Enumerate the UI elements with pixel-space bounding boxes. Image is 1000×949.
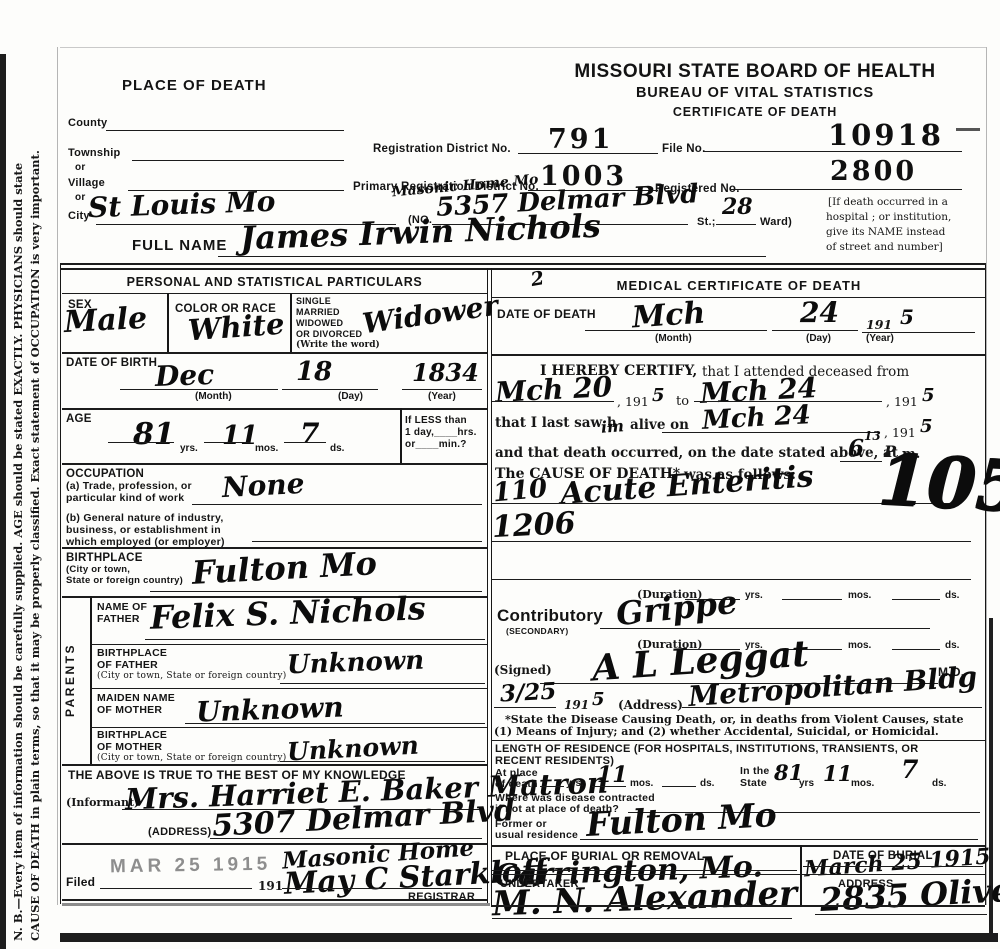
duration1-ds: ds.: [945, 591, 959, 602]
dod-day-caption: (Day): [806, 334, 831, 345]
last-saw-line: [662, 432, 880, 433]
at-place-line-b: [592, 786, 626, 787]
age-days-handwriting: 7: [300, 419, 319, 448]
file-no-value: 10918: [828, 120, 944, 150]
father-name-handwriting: Felix S. Nichols: [149, 592, 426, 635]
row-border-8: [90, 727, 487, 728]
filed-year-prefix: 191: [258, 880, 283, 893]
marital-label-line3: WIDOWED: [296, 319, 343, 328]
marital-handwriting: Widower: [361, 291, 500, 339]
burial-place-line: [492, 870, 797, 871]
margin-note-line2: CAUSE OF DEATH in plain terms, so that i…: [27, 57, 44, 941]
at-place-mos-handwriting: 11: [597, 764, 628, 787]
registrar-label: REGISTRAR: [408, 892, 475, 904]
dob-label: DATE OF BIRTH: [66, 357, 157, 369]
in-the-label: In the: [740, 766, 770, 777]
occupation-a-line1: (a) Trade, profession, or: [66, 481, 192, 492]
registration-district-value: 791: [548, 126, 613, 154]
separator-double-top: [60, 263, 986, 265]
footnote-line1: *State the Disease Causing Death, or, in…: [505, 714, 964, 726]
dob-day-handwriting: 18: [296, 359, 332, 386]
duration2-ds: ds.: [945, 641, 959, 652]
birthplace-caption1: (City or town,: [66, 565, 130, 575]
contributory-label: Contributory: [497, 607, 603, 625]
father-name-label-line1: NAME OF: [97, 602, 147, 613]
age-ds-line: [284, 442, 326, 443]
father-birthplace-handwriting: Unknown: [287, 648, 425, 680]
scanned-death-certificate: N. B.—Every item of information should b…: [0, 0, 1000, 949]
or-label-2: or: [75, 193, 86, 204]
or-label-1: or: [75, 163, 86, 174]
ward-handwriting: 28: [722, 196, 753, 219]
father-name-label-line2: FATHER: [97, 614, 140, 625]
mother-birthplace-label-line2: OF MOTHER: [97, 742, 162, 753]
parents-divider: [90, 596, 92, 764]
attended-from-handwriting: Mch 20: [494, 372, 613, 407]
place-of-death-label: PLACE OF DEATH: [122, 78, 267, 94]
undertaker-handwriting: M. N. Alexander: [491, 877, 797, 923]
age-subcell-divider: [400, 408, 402, 463]
row-border-7: [90, 688, 487, 689]
mother-name-label-line2: OF MOTHER: [97, 705, 162, 716]
age-years-handwriting: 81: [133, 419, 175, 451]
hospital-note-line3: give its NAME instead: [826, 227, 945, 238]
contributory-line: [600, 628, 930, 629]
occupation-b-line2: business, or establishment in: [66, 525, 221, 536]
signed-year-handwriting: 5: [592, 691, 605, 710]
signed-date-handwriting: 3/25: [499, 680, 557, 707]
footnote-line2: (1) Means of Injury; and (2) whether Acc…: [494, 726, 939, 738]
father-birthplace-label-line2: OF FATHER: [97, 660, 158, 671]
registered-no-line: [730, 189, 962, 190]
row-border-3: [62, 463, 487, 465]
dob-day-line: [282, 389, 378, 390]
medical-title-underline: [491, 297, 985, 298]
dob-month-caption: (Month): [195, 392, 232, 403]
cause-code2-handwriting: 1206: [491, 508, 576, 544]
scan-bar-bottom: [60, 933, 998, 942]
row-border-1: [62, 352, 487, 354]
registrar-signature-line: [282, 888, 482, 889]
margin-note: N. B.—Every item of information should b…: [10, 57, 44, 941]
contributory-handwriting: Grippe: [615, 586, 739, 632]
mother-birthplace-label-line1: BIRTHPLACE: [97, 730, 167, 741]
medical-section-title: MEDICAL CERTIFICATE OF DEATH: [495, 279, 983, 293]
registration-district-line: [518, 153, 658, 154]
at-place-line-a: [540, 786, 564, 787]
row-border-6: [90, 644, 487, 645]
dob-year-handwriting: 1834: [412, 360, 479, 385]
marital-label-line1: SINGLE: [296, 297, 331, 306]
informant-address-label: (ADDRESS): [148, 827, 211, 839]
mother-birthplace-caption: (City or town, State or foreign country): [97, 754, 286, 763]
margin-note-line1: N. B.—Every item of information should b…: [10, 57, 27, 941]
dob-year-line: [402, 389, 482, 390]
dob-month-handwriting: Dec: [155, 360, 215, 391]
st-label: St.;: [697, 217, 716, 229]
to-word: to: [676, 395, 689, 409]
at-place-mos: mos.: [630, 779, 653, 790]
frame-left: [60, 263, 61, 904]
right-column-bottom-border: [491, 905, 985, 907]
cause-code-overlay-handwriting: 105: [876, 442, 1000, 523]
dod-month-caption: (Month): [655, 334, 692, 345]
personal-section-title: PERSONAL AND STATISTICAL PARTICULARS: [62, 276, 487, 289]
hospital-note-line1: [If death occurred in a: [828, 197, 948, 208]
hospital-note-line4: of street and number]: [826, 242, 943, 253]
less-than-line3: or____min.?: [405, 440, 467, 451]
left-column-bottom-border: [62, 899, 487, 901]
occupation-b-line1: (b) General nature of industry,: [66, 513, 224, 524]
to-year-prefix: , 191: [886, 395, 918, 408]
color-marital-divider: [290, 293, 292, 352]
full-name-handwriting: James Irwin Nichols: [240, 210, 602, 256]
signed-year-prefix: 191: [564, 699, 589, 712]
personal-title-underline: [62, 293, 487, 294]
time-line: [840, 461, 882, 462]
former-residence-label-line2: usual residence: [495, 830, 578, 841]
state-mos-caption: mos.: [851, 779, 874, 790]
duration1-mos: mos.: [848, 591, 871, 602]
bureau-title: BUREAU OF VITAL STATISTICS: [525, 86, 985, 101]
parents-group-label: PARENTS: [64, 598, 77, 762]
full-name-label: FULL NAME: [132, 238, 227, 254]
frame-left-gray: [57, 47, 58, 905]
left-column-bottom-gray-bar: [62, 903, 490, 906]
less-than-line2: 1 day,____hrs.: [405, 428, 477, 439]
occupation-a-line2: particular kind of work: [66, 493, 184, 504]
death-occurred-text: and that death occurred, on the date sta…: [495, 446, 898, 460]
duration2-mos: mos.: [848, 641, 871, 652]
cause-line-3: [491, 579, 971, 580]
stray-pen-mark: 2: [529, 269, 545, 291]
county-label: County: [68, 118, 107, 130]
dob-month-line: [120, 389, 278, 390]
attended-from-line: [492, 401, 614, 402]
occupation-label: OCCUPATION: [66, 468, 144, 480]
physician-address-line: [682, 707, 982, 708]
age-yrs-line: [108, 442, 174, 443]
marital-label-line4: OR DIVORCED: [296, 330, 362, 339]
age-mos-caption: mos.: [255, 444, 278, 455]
separator-double-bottom: [60, 268, 986, 270]
row-border-9: [62, 764, 487, 766]
mother-birthplace-line: [280, 761, 485, 762]
burial-column-divider: [800, 845, 802, 905]
frame-right: [985, 263, 986, 905]
last-saw-date-handwriting: Mch 24: [701, 402, 811, 435]
state-mos-handwriting: 11: [823, 763, 852, 785]
full-name-line: [218, 256, 766, 257]
to-year-handwriting: 5: [922, 387, 935, 406]
signed-label: (Signed): [494, 664, 552, 677]
mother-name-label-line1: MAIDEN NAME: [97, 693, 175, 704]
row-border-2: [62, 408, 487, 410]
township-blank-line: [132, 160, 344, 161]
board-title: MISSOURI STATE BOARD OF HEALTH: [525, 62, 985, 82]
dob-day-caption: (Day): [338, 392, 363, 403]
signed-date-line: [494, 707, 556, 708]
undertaker-address-line: [815, 914, 987, 915]
undertaker-line: [492, 918, 792, 919]
birthplace-handwriting: Fulton Mo: [191, 547, 377, 590]
undertaker-address-handwriting: 2835 Olive: [819, 874, 1000, 918]
filed-line: [100, 888, 252, 889]
at-place-ds: ds.: [700, 779, 714, 790]
sex-color-divider: [167, 293, 169, 352]
occupation-b-blank-line: [252, 541, 482, 542]
father-birthplace-line: [280, 683, 485, 684]
at-place-line-c: [662, 786, 696, 787]
dod-month-line: [585, 330, 767, 331]
age-yrs-caption: yrs.: [180, 444, 198, 455]
time-of-death-superscript: 13: [864, 430, 881, 443]
state-label: State: [740, 778, 767, 789]
registration-district-label: Registration District No.: [373, 143, 511, 155]
duration1-line-b: [782, 599, 842, 600]
mother-name-handwriting: Unknown: [196, 692, 345, 727]
file-no-line: [704, 151, 962, 152]
state-ds-handwriting: 7: [901, 757, 918, 783]
dod-day-line: [772, 330, 858, 331]
cause-line-2: [491, 541, 971, 542]
occupation-a-line: [192, 504, 482, 505]
burial-date-line: [803, 866, 983, 867]
state-yrs-caption: yrs: [799, 779, 814, 790]
birthplace-caption2: State or foreign country): [66, 576, 183, 586]
age-ds-caption: ds.: [330, 444, 344, 455]
color-race-handwriting: White: [187, 309, 285, 346]
father-birthplace-caption: (City or town, State or foreign country): [97, 672, 286, 681]
last-saw-text: that I last saw h: [495, 416, 617, 430]
alive-on-text: alive on: [630, 418, 689, 432]
age-months-handwriting: 11: [222, 423, 258, 450]
at-place-yrs: yrs.: [566, 779, 584, 790]
dod-year-prefix: 191: [866, 318, 892, 331]
occupation-handwriting: None: [221, 469, 305, 503]
filed-label: Filed: [66, 876, 95, 889]
file-no-label: File No.: [662, 143, 706, 155]
dob-year-caption: (Year): [428, 392, 456, 403]
city-handwriting: St Louis Mo: [88, 187, 276, 223]
township-label: Township: [68, 148, 121, 160]
marital-label-line2: MARRIED: [296, 308, 340, 317]
registered-no-value: 2800: [830, 158, 917, 186]
marital-label-line5: (Write the word): [296, 341, 380, 350]
sex-handwriting: Male: [63, 303, 148, 339]
duration1-yrs: yrs.: [745, 591, 763, 602]
medical-row-border-2: [491, 740, 985, 741]
at-place-label-line2: of death: [495, 779, 538, 790]
from-year-handwriting: 5: [652, 387, 665, 406]
date-of-death-label: DATE OF DEATH: [497, 308, 596, 321]
city-label: City: [68, 211, 90, 223]
less-than-line1: If LESS than: [405, 416, 467, 427]
last-saw-him-handwriting: im: [600, 418, 624, 436]
duration2-line-c: [892, 649, 940, 650]
mother-name-line: [185, 723, 485, 724]
secondary-caption: (SECONDARY): [506, 627, 568, 636]
birthplace-line: [150, 591, 482, 592]
county-blank-line: [106, 130, 344, 131]
former-residence-line: [580, 839, 978, 840]
frame-top: [60, 47, 986, 48]
medical-row-border-1: [491, 354, 985, 356]
medical-row-border-3: [491, 845, 985, 847]
dod-month-handwriting: Mch: [631, 297, 706, 334]
village-label: Village: [68, 178, 105, 190]
father-name-line: [145, 639, 485, 640]
address-caption: (Address): [618, 699, 683, 712]
residence-header-line1: LENGTH OF RESIDENCE (FOR HOSPITALS, INST…: [495, 744, 918, 756]
dod-year-caption: (Year): [866, 334, 894, 345]
birthplace-label: BIRTHPLACE: [66, 552, 143, 564]
filed-date-stamp: MAR 25 1915: [110, 855, 272, 878]
scan-edge-bar-left: [0, 54, 6, 949]
dod-year-handwriting: 5: [900, 307, 914, 328]
ward-line: [716, 224, 756, 225]
age-label: AGE: [66, 413, 92, 425]
time-of-death-handwriting: 6: [848, 437, 864, 461]
scan-dash-right: [956, 128, 980, 131]
father-birthplace-label-line1: BIRTHPLACE: [97, 648, 167, 659]
dod-day-handwriting: 24: [800, 298, 839, 327]
hospital-note-line2: hospital ; or institution,: [826, 212, 951, 223]
saw-year-handwriting: 5: [920, 418, 933, 437]
former-residence-handwriting: Fulton Mo: [585, 798, 777, 843]
ward-label: Ward): [760, 217, 792, 229]
age-mos-line: [204, 442, 250, 443]
state-ds-caption: ds.: [932, 779, 946, 790]
from-year-prefix: , 191: [617, 395, 649, 408]
duration1-line-c: [892, 599, 940, 600]
